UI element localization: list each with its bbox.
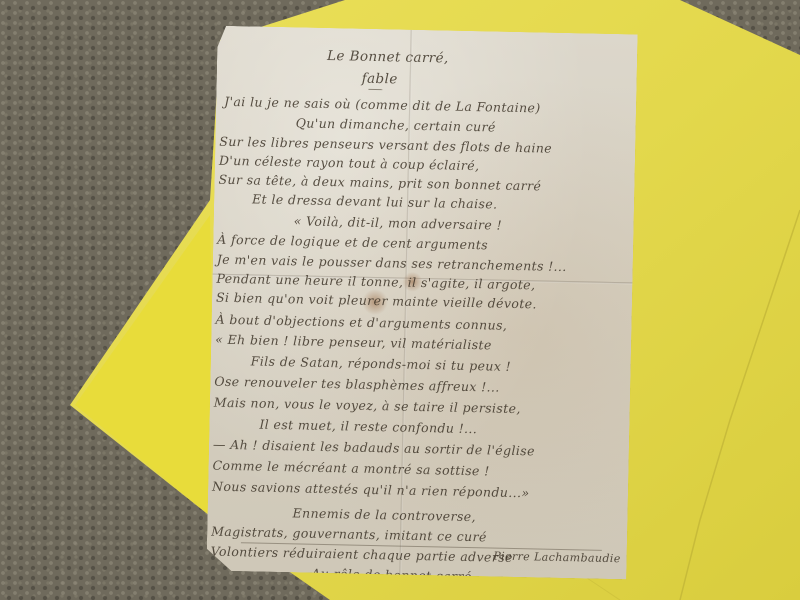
- poem-line: Mais non, vous le voyez, à se taire il p…: [214, 395, 521, 416]
- poem-line: Si bien qu'on voit pleurer mainte vieill…: [216, 290, 537, 312]
- signature: Pierre Lachambaudie: [493, 550, 621, 566]
- poem-line: À bout d'objections et d'arguments connu…: [215, 312, 507, 333]
- manuscript-page: Le Bonnet carré, fable J'ai lu je ne sai…: [206, 26, 637, 580]
- poem-line: J'ai lu je ne sais où (comme dit de La F…: [224, 94, 541, 116]
- poem-line: Comme le mécréant a montré sa sottise !: [212, 458, 489, 479]
- poem-line: Sur sa tête, à deux mains, prit son bonn…: [218, 172, 541, 194]
- manuscript-text: Le Bonnet carré, fable J'ai lu je ne sai…: [206, 26, 637, 580]
- poem-line: Je m'en vais le pousser dans ses retranc…: [217, 252, 567, 274]
- poem-line: Qu'un dimanche, certain curé: [296, 115, 496, 134]
- title-rule: [368, 89, 382, 90]
- poem-line: Ennemis de la controverse,: [292, 505, 476, 524]
- poem-title: Le Bonnet carré,: [327, 48, 449, 67]
- poem-line: — Ah ! disaient les badauds au sortir de…: [213, 437, 535, 459]
- poem-line: Ose renouveler tes blasphèmes affreux !.…: [214, 374, 500, 395]
- poem-subtitle: fable: [362, 71, 398, 88]
- poem-line: Il est muet, il reste confondu !...: [259, 417, 477, 437]
- poem-line: D'un céleste rayon tout à coup éclairé,: [219, 153, 480, 173]
- photo-scene: Le Bonnet carré, fable J'ai lu je ne sai…: [0, 0, 800, 600]
- poem-line: « Eh bien ! libre penseur, vil matériali…: [215, 332, 492, 353]
- poem-line: Nous savions attestés qu'il n'a rien rép…: [212, 479, 530, 501]
- poem-line: « Voilà, dit-il, mon adversaire !: [294, 213, 503, 232]
- poem-line: À force de logique et de cent arguments: [217, 232, 488, 253]
- poem-line: Fils de Satan, réponds-moi si tu peux !: [251, 353, 512, 373]
- poem-line: Pendant une heure il tonne, il s'agite, …: [216, 271, 535, 293]
- poem-line: Et le dressa devant lui sur la chaise.: [252, 191, 498, 211]
- poem-line: Sur les libres penseurs versant des flot…: [219, 134, 552, 156]
